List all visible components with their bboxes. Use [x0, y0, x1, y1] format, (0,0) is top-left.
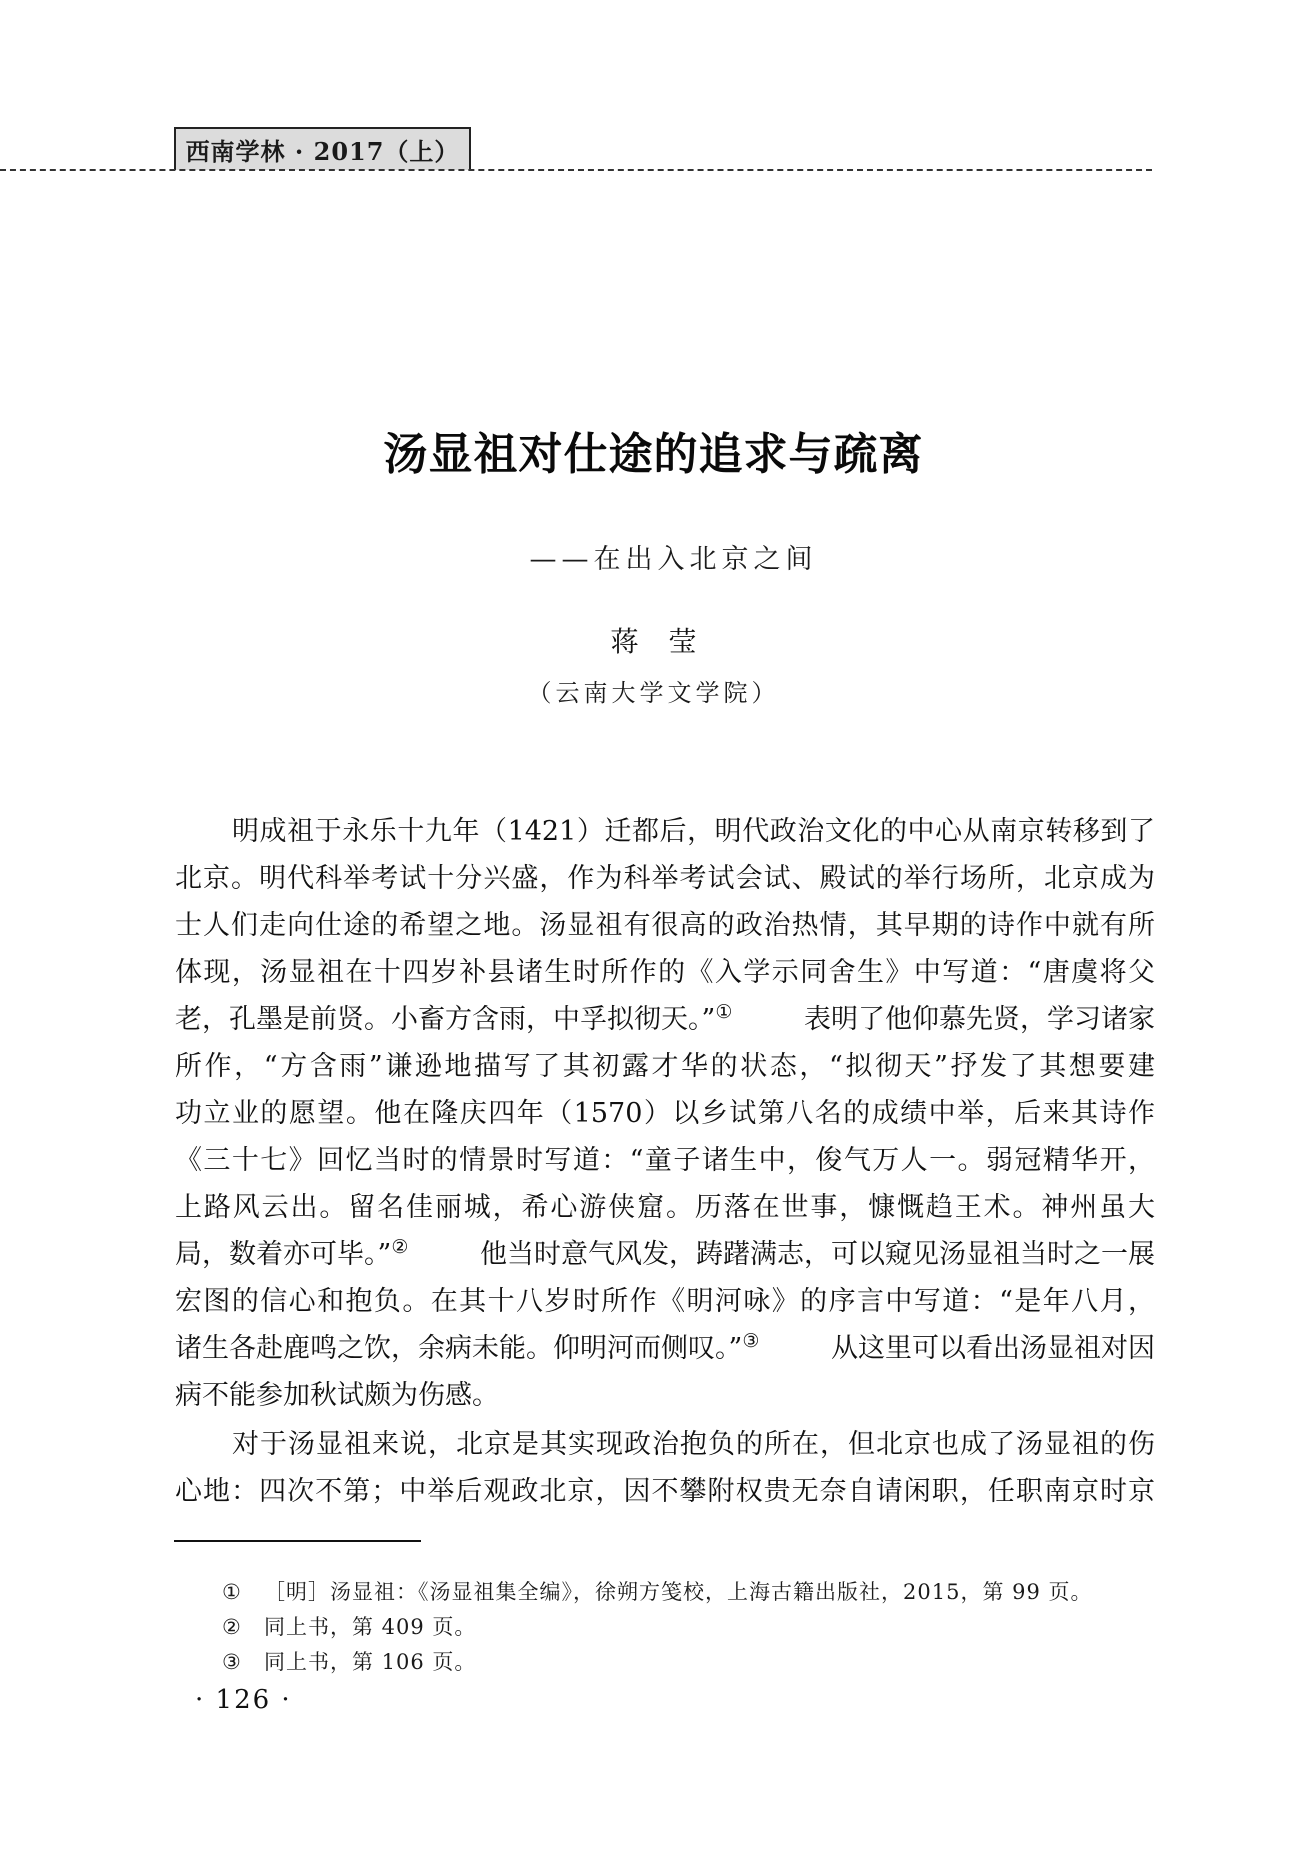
article-title: 汤显祖对仕途的追求与疏离 — [0, 418, 1307, 482]
article-author: 蒋莹 — [0, 620, 1307, 660]
body-line: 《三十七》回忆当时的情景时写道：“童子诸生中，俊气万人一。弱冠精华开， — [175, 1141, 1155, 1181]
footnote-ref-3[interactable]: ③ — [742, 1330, 759, 1352]
footnote-marker: ① — [222, 1577, 264, 1607]
body-line: 病不能参加秋试颇为伤感。 — [175, 1376, 1155, 1416]
body-line: 心地：四次不第；中举后观政北京，因不攀附权贵无奈自请闲职，任职南京时京 — [175, 1472, 1155, 1512]
body-line: 明成祖于永乐十九年（1421）迁都后，明代政治文化的中心从南京转移到了 — [232, 812, 1155, 852]
footnote-marker: ③ — [222, 1647, 264, 1677]
body-line-text: 局，数着亦可毕。” — [175, 1239, 391, 1270]
body-line: 体现，汤显祖在十四岁补县诸生时所作的《入学示同舍生》中写道：“唐虞将父 — [175, 953, 1155, 993]
footnote-text: 同上书，第 106 页。 — [264, 1650, 476, 1674]
body-line: 功立业的愿望。他在隆庆四年（1570）以乡试第八名的成绩中举，后来其诗作 — [175, 1094, 1155, 1134]
body-line: 老，孔墨是前贤。小畜方含雨，中孚拟彻天。”① 表明了他仰慕先贤，学习诸家 — [175, 1000, 1155, 1040]
body-line: 士人们走向仕途的希望之地。汤显祖有很高的政治热情，其早期的诗作中就有所 — [175, 906, 1155, 946]
body-line-text: 诸生各赴鹿鸣之饮，余病未能。仰明河而侧叹。” — [175, 1333, 742, 1364]
footnote-marker: ② — [222, 1612, 264, 1642]
body-line-text: 表明了他仰慕先贤，学习诸家 — [804, 1000, 1155, 1040]
body-line-text: 从这里可以看出汤显祖对因 — [831, 1329, 1155, 1369]
footnote-2: ②同上书，第 409 页。 — [222, 1612, 476, 1642]
body-line-text: 老，孔墨是前贤。小畜方含雨，中孚拟彻天。” — [175, 1004, 715, 1035]
body-line: 所作，“方含雨”谦逊地描写了其初露才华的状态，“拟彻天”抒发了其想要建 — [175, 1047, 1155, 1087]
running-head-label: 西南学林 · 2017（上） — [186, 132, 460, 167]
body-line: 局，数着亦可毕。”② 他当时意气风发，踌躇满志，可以窥见汤显祖当时之一展 — [175, 1235, 1155, 1275]
body-line-text: 他当时意气风发，踌躇满志，可以窥见汤显祖当时之一展 — [480, 1235, 1155, 1275]
footnote-3: ③同上书，第 106 页。 — [222, 1647, 476, 1677]
running-head: 西南学林 · 2017（上） — [174, 127, 471, 170]
article-subtitle: ——在出入北京之间 — [0, 537, 1307, 576]
footnote-text: 同上书，第 409 页。 — [264, 1615, 476, 1639]
body-line: 北京。明代科举考试十分兴盛，作为科举考试会试、殿试的举行场所，北京成为 — [175, 859, 1155, 899]
body-line: 诸生各赴鹿鸣之饮，余病未能。仰明河而侧叹。”③ 从这里可以看出汤显祖对因 — [175, 1329, 1155, 1369]
footnote-ref-1[interactable]: ① — [715, 1001, 732, 1023]
body-line: 对于汤显祖来说，北京是其实现政治抱负的所在，但北京也成了汤显祖的伤 — [232, 1425, 1155, 1465]
footnote-separator — [174, 1540, 421, 1542]
footnote-text: ［明］汤显祖：《汤显祖集全编》，徐朔方笺校，上海古籍出版社，2015，第 99 … — [264, 1580, 1093, 1604]
footnote-ref-2[interactable]: ② — [391, 1236, 408, 1258]
body-line: 宏图的信心和抱负。在其十八岁时所作《明河咏》的序言中写道：“是年八月， — [175, 1282, 1155, 1322]
footnote-1: ①［明］汤显祖：《汤显祖集全编》，徐朔方笺校，上海古籍出版社，2015，第 99… — [222, 1577, 1093, 1607]
header-dashed-rule — [0, 169, 1152, 171]
author-affiliation: （云南大学文学院） — [0, 673, 1307, 708]
page-number: · 126 · — [195, 1685, 292, 1715]
body-line: 上路风云出。留名佳丽城，希心游侠窟。历落在世事，慷慨趋王术。神州虽大 — [175, 1188, 1155, 1228]
